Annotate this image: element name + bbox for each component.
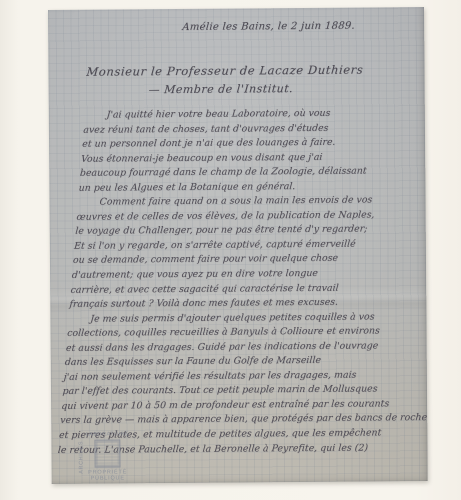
stamp-top-label: LABORATOIRE [79,431,135,437]
dateline: Amélie les Bains, le 2 juin 1889. [156,20,382,33]
archive-stamp: LABORATOIRE ARCHIVES PROPRIÉTÉ PUBLIQUE [79,429,135,489]
letter-body: J'ai quitté hier votre beau Laboratoire,… [57,106,427,458]
handwriting-line: le voyage du Challenger, pour ne pas êtr… [75,222,418,239]
stamp-bottom-label: PROPRIÉTÉ PUBLIQUE [80,469,136,481]
handwriting-line: et aussi dans les dragages. Guidé par le… [65,339,408,356]
recipient-title: — Membre de l'Institut. [148,82,294,96]
stamp-bottom-line2: PUBLIQUE [80,475,136,481]
recipient-name: Monsieur le Professeur de Lacaze Duthier… [86,63,364,79]
letter-photo: Amélie les Bains, le 2 juin 1889. Monsie… [0,0,461,500]
stamp-side-label: ARCHIVES [78,438,84,478]
letter-paper: Amélie les Bains, le 2 juin 1889. Monsie… [48,7,428,484]
stamp-emblem-icon [94,439,120,467]
